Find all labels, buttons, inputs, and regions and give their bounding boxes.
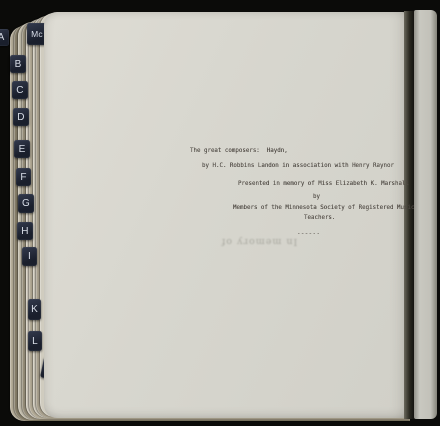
index-tab-h: H <box>17 222 33 240</box>
show-through-text: In memory of <box>183 236 335 247</box>
tab-label: G <box>22 198 30 209</box>
typed-line-byline: by H.C. Robbins Landon in association wi… <box>202 163 394 169</box>
tab-label: K <box>31 304 38 315</box>
facing-page-edge <box>414 10 437 419</box>
book-page <box>44 12 407 418</box>
index-tab-l: L <box>28 331 42 351</box>
index-tab-e: E <box>14 140 30 158</box>
index-tab-k: K <box>28 299 41 320</box>
tab-label: E <box>19 144 26 155</box>
typed-divider-rule: ------ <box>297 231 320 237</box>
index-tab-i: I <box>22 247 37 266</box>
tab-label: B <box>15 59 22 70</box>
typed-line-memorial-3: Members of the Minnesota Society of Regi… <box>233 205 414 211</box>
typed-line-memorial-2: by <box>313 194 320 200</box>
index-tab-d: D <box>13 108 29 126</box>
tab-label: C <box>16 85 23 96</box>
typed-line-memorial-1: Presented in memory of Miss Elizabeth K.… <box>238 181 409 187</box>
typed-line-memorial-4: Teachers. <box>304 215 335 221</box>
index-tab-a: A <box>0 29 9 46</box>
open-book-photo: A Mc B C D E F G H I K L M The great com… <box>0 0 440 426</box>
tab-label: H <box>21 226 28 237</box>
tab-label: I <box>28 251 31 262</box>
index-tab-g: G <box>18 194 34 213</box>
index-tab-c: C <box>12 81 28 99</box>
tab-label: Mc <box>31 29 43 39</box>
tab-label: F <box>20 172 26 183</box>
tab-label: L <box>32 336 38 347</box>
tab-label: A <box>0 32 4 43</box>
index-tab-f: F <box>16 168 31 186</box>
index-tab-b: B <box>10 55 26 73</box>
typed-line-title: The great composers: Haydn, <box>190 148 288 154</box>
book-gutter <box>404 11 414 419</box>
tab-label: D <box>17 112 24 123</box>
